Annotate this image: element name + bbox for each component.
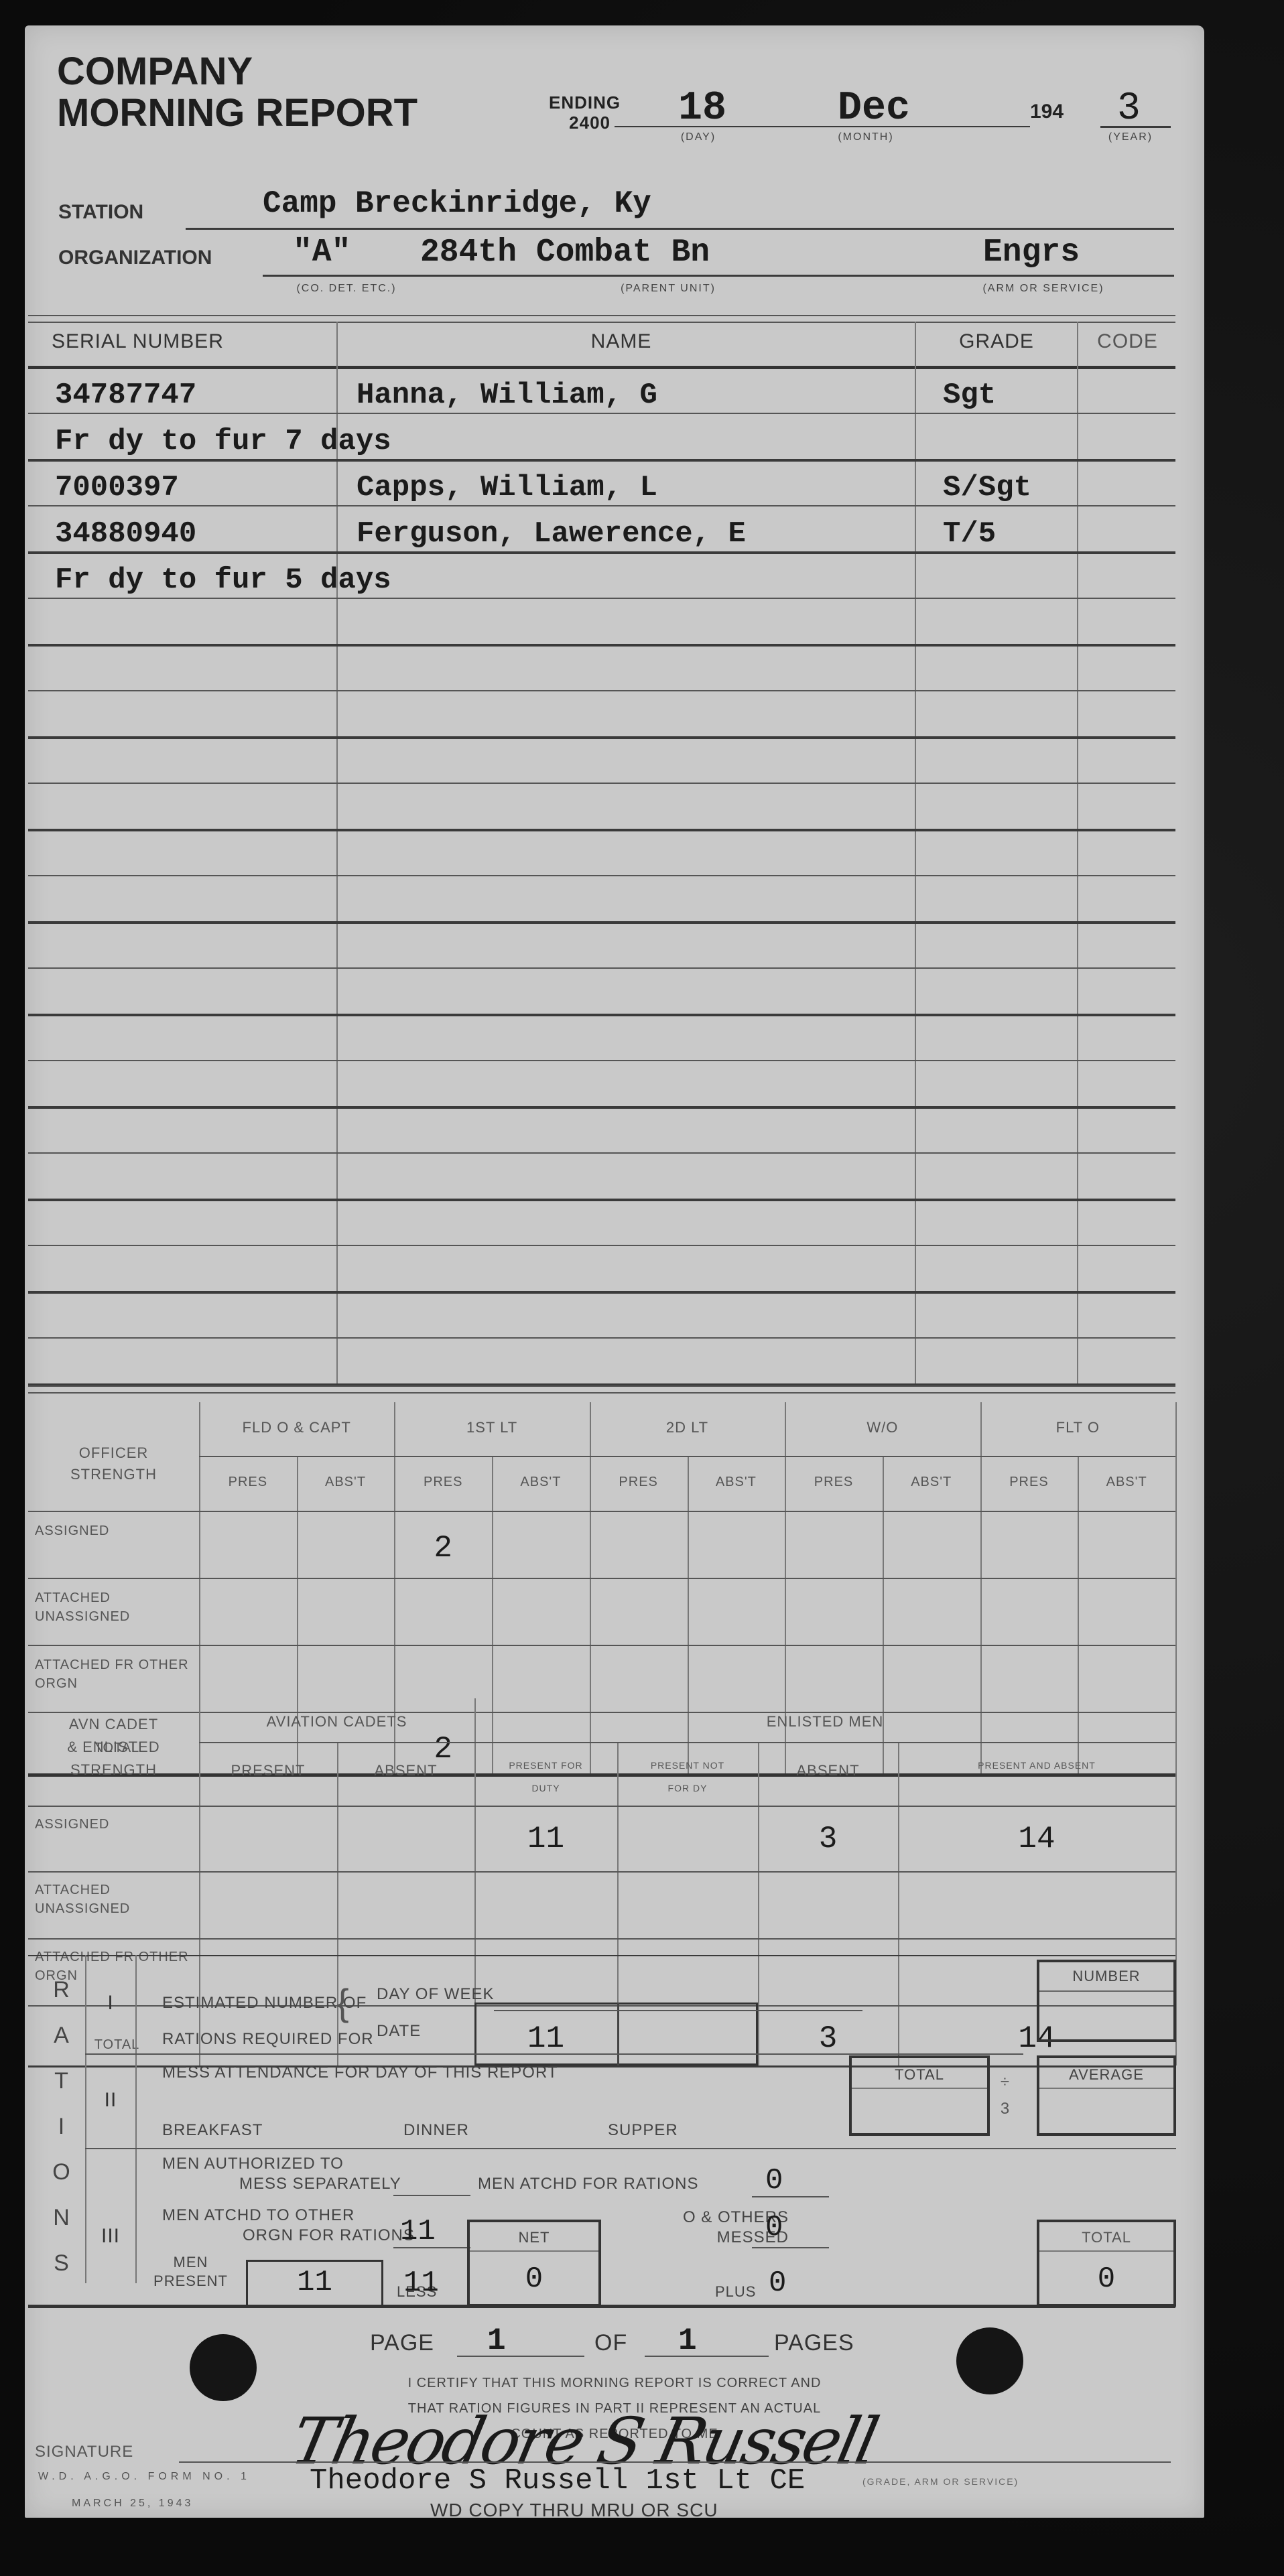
ending-time: 2400 xyxy=(549,113,611,133)
row-1-name: Hanna, William, G xyxy=(357,379,657,412)
pages-label: PAGES xyxy=(774,2330,854,2356)
officer-row-label: ASSIGNED xyxy=(35,1521,199,1540)
certify-line: I CERTIFY THAT THIS MORNING REPORT IS CO… xyxy=(320,2370,909,2396)
punch-hole-left xyxy=(190,2334,257,2401)
officer-group-header: W/O xyxy=(785,1419,980,1436)
enlisted-sub-header: PRESENT NOT FOR DY xyxy=(617,1754,758,1800)
form-title: COMPANY MORNING REPORT xyxy=(57,51,418,134)
enlisted-sub-header: ABSENT xyxy=(758,1762,898,1779)
roster-rule-line xyxy=(28,1060,1175,1061)
enlisted-sub-header: PRESENT FOR DUTY xyxy=(474,1754,617,1800)
roster-rule-line xyxy=(28,1291,1175,1294)
row-1-grade: Sgt xyxy=(943,379,996,412)
date-underline xyxy=(615,126,1030,127)
rations-letter: S xyxy=(45,2240,78,2286)
month-caption: (MONTH) xyxy=(809,131,923,143)
net-label: NET xyxy=(470,2222,598,2252)
enlisted-sub-header: ABSENT xyxy=(337,1762,474,1779)
grade-caption: (GRADE, ARM OR SERVICE) xyxy=(862,2476,1019,2487)
roster-rule-line xyxy=(28,967,1175,969)
men-atchd-for-rations-label: MEN ATCHD FOR RATIONS xyxy=(478,2175,698,2193)
o-others-messed-value: 0 xyxy=(765,2211,783,2244)
plus-value: 0 xyxy=(769,2266,786,2300)
morning-report-form: COMPANY MORNING REPORT ENDING 2400 18 (D… xyxy=(25,25,1204,2518)
roster-rule-line xyxy=(28,413,1175,414)
day-of-week-label: DAY OF WEEK xyxy=(377,1985,494,2004)
men-present-line: MEN xyxy=(139,2253,243,2272)
officer-group-header: FLD O & CAPT xyxy=(199,1419,394,1436)
roster-rule-line xyxy=(28,1337,1175,1339)
row-4-serial: 34880940 xyxy=(55,517,196,551)
row-3-serial: 7000397 xyxy=(55,471,179,504)
of-label: OF xyxy=(594,2330,627,2356)
enlisted-cell: 14 xyxy=(898,1822,1175,1856)
part-2-bottom-rule xyxy=(85,2148,1176,2149)
officer-strength-title: OFFICERSTRENGTH xyxy=(28,1442,199,1485)
col-header-name: NAME xyxy=(340,330,903,353)
roster-rule-line xyxy=(28,551,1175,554)
rations-side-label: R A T I O N S xyxy=(45,1967,78,2286)
enlisted-sub-header: PRESENT xyxy=(199,1762,337,1779)
number-box-label: NUMBER xyxy=(1039,1962,1173,1992)
men-atchd-other-line-2: ORGN FOR RATIONS xyxy=(243,2226,415,2245)
net-value: 0 xyxy=(470,2252,598,2296)
aviation-cadets-header: AVIATION CADETS xyxy=(199,1713,474,1731)
form-number: W.D. A.G.O. FORM NO. 1 xyxy=(38,2471,251,2483)
rations-number-box[interactable]: NUMBER xyxy=(1037,1960,1176,2042)
officer-row-label: ATTACHED FR OTHER ORGN xyxy=(35,1655,199,1693)
rations-total-box[interactable]: TOTAL 0 xyxy=(1037,2220,1176,2307)
officer-sub-header: PRES xyxy=(199,1475,297,1490)
roster-rule-line xyxy=(28,736,1175,739)
day-of-week-line xyxy=(494,2010,862,2011)
officer-group-header: 2D LT xyxy=(590,1419,785,1436)
men-present-label: MEN PRESENT xyxy=(139,2253,243,2291)
rations-part-3-numeral: III xyxy=(86,2225,135,2248)
pages-value: 1 xyxy=(678,2323,697,2358)
roster-rule-line xyxy=(28,1199,1175,1201)
rations-top-rule xyxy=(28,1955,1175,1956)
rations-letter: I xyxy=(45,2104,78,2149)
page-value: 1 xyxy=(487,2323,506,2358)
roster-top-rule-2 xyxy=(28,322,1175,323)
rations-letter: R xyxy=(45,1967,78,2013)
date-month-value: Dec xyxy=(838,86,910,131)
men-atchd-for-rations-value: 0 xyxy=(765,2164,783,2197)
roster-rule-line xyxy=(28,875,1175,876)
rations-bottom-rule xyxy=(28,2305,1175,2308)
part-1-label-line: RATIONS REQUIRED FOR xyxy=(162,2021,374,2057)
officer-sub-header: ABS'T xyxy=(688,1475,785,1490)
officer-sub-header: ABS'T xyxy=(492,1475,590,1490)
rations-letter: O xyxy=(45,2149,78,2195)
divide-by-three: ÷ 3 xyxy=(995,2069,1015,2122)
plus-label: PLUS xyxy=(715,2283,756,2301)
page-label: PAGE xyxy=(370,2330,434,2356)
enlisted-cell: 11 xyxy=(474,1822,617,1856)
enlisted-title-line: & ENLISTED xyxy=(28,1736,199,1759)
rations-part-2-numeral: II xyxy=(86,2089,135,2112)
row-3-grade: S/Sgt xyxy=(943,471,1031,504)
col-header-code: CODE xyxy=(1079,330,1176,353)
officer-title-line: STRENGTH xyxy=(28,1464,199,1485)
arm-caption: (ARM OR SERVICE) xyxy=(950,283,1137,295)
year-prefix: 194 xyxy=(1030,100,1064,123)
roster-rule-line xyxy=(28,1245,1175,1246)
part-1-bottom-rule xyxy=(85,2053,1023,2055)
mess-attendance-title: MESS ATTENDANCE FOR DAY OF THIS REPORT xyxy=(162,2063,558,2082)
men-atchd-other-value: 11 xyxy=(400,2215,436,2248)
divisor-value: 3 xyxy=(995,2096,1015,2122)
date-label: DATE xyxy=(377,2022,421,2041)
organization-parent-unit-value: 284th Combat Bn xyxy=(420,234,710,271)
mess-average-box[interactable]: AVERAGE xyxy=(1037,2055,1176,2136)
rations-numeral-divider xyxy=(135,1955,137,2283)
title-line-1: COMPANY xyxy=(57,51,418,92)
station-label: STATION xyxy=(58,201,143,224)
pages-line xyxy=(645,2356,769,2357)
men-present-line: PRESENT xyxy=(139,2272,243,2291)
enlisted-row-label: ATTACHED UNASSIGNED xyxy=(35,1881,199,1918)
title-line-2: MORNING REPORT xyxy=(57,92,418,134)
roster-bottom-rule xyxy=(28,1385,1175,1387)
enlisted-cell: 3 xyxy=(758,2021,898,2056)
row-4-name: Ferguson, Lawerence, E xyxy=(357,517,746,551)
enlisted-row-rule xyxy=(28,1871,1175,1873)
officer-sub-header: PRES xyxy=(590,1475,688,1490)
men-atchd-other-line-1: MEN ATCHD TO OTHER xyxy=(162,2206,355,2225)
rations-part-1-numeral: I xyxy=(86,1992,135,2015)
men-authorized-line-1: MEN AUTHORIZED TO xyxy=(162,2155,344,2173)
routing-note: WD COPY THRU MRU OR SCU xyxy=(430,2500,718,2521)
brace-icon: { xyxy=(336,1980,350,2024)
rations-letter: N xyxy=(45,2195,78,2240)
typed-signatory: Theodore S Russell 1st Lt CE xyxy=(310,2464,805,2498)
mess-separately-line xyxy=(393,2195,470,2196)
officer-sub-header: ABS'T xyxy=(1078,1475,1175,1490)
roster-rule-line xyxy=(28,505,1175,506)
officer-sub-header: PRES xyxy=(980,1475,1078,1490)
ending-word: ENDING xyxy=(549,92,611,113)
roster-rule-line xyxy=(28,829,1175,831)
roster-header-rule xyxy=(28,366,1175,369)
supper-label: SUPPER xyxy=(608,2121,678,2140)
page-line xyxy=(457,2356,584,2357)
organization-label: ORGANIZATION xyxy=(58,247,212,269)
enlisted-title-line: AVN CADET xyxy=(28,1713,199,1736)
enlisted-strength-title: AVN CADET& ENLISTEDSTRENGTH xyxy=(28,1713,199,1781)
date-day-value: 18 xyxy=(678,86,726,131)
roster-rule-line xyxy=(28,459,1175,462)
enlisted-men-header: ENLISTED MEN xyxy=(474,1713,1175,1731)
men-atchd-for-rations-line xyxy=(752,2196,829,2197)
rations-letter: A xyxy=(45,2013,78,2058)
enlisted-header-rule xyxy=(199,1742,1175,1743)
enlisted-sub-header: PRESENT AND ABSENT xyxy=(898,1754,1175,1777)
enlisted-col-divider xyxy=(898,1742,899,2065)
roster-rule-line xyxy=(28,783,1175,784)
form-date: MARCH 25, 1943 xyxy=(72,2498,193,2510)
divider-serial-name xyxy=(336,322,338,1387)
officer-sub-header: PRES xyxy=(785,1475,883,1490)
organization-underline xyxy=(263,275,1174,277)
breakfast-label: BREAKFAST xyxy=(162,2121,263,2140)
roster-top-rule xyxy=(28,315,1175,316)
rations-total-value: 0 xyxy=(1039,2252,1173,2296)
officer-row-label: ATTACHED UNASSIGNED xyxy=(35,1588,199,1626)
divider-name-grade xyxy=(915,322,916,1387)
roster-rule-line xyxy=(28,1106,1175,1109)
year-digit-value: 3 xyxy=(1117,87,1141,131)
o-others-line xyxy=(752,2247,829,2248)
enlisted-row-label: ASSIGNED xyxy=(35,1815,199,1834)
officer-sub-header: ABS'T xyxy=(883,1475,980,1490)
mess-average-label: AVERAGE xyxy=(1039,2058,1173,2089)
enlisted-row-rule xyxy=(28,1938,1175,1940)
officer-sub-header: ABS'T xyxy=(297,1475,395,1490)
officer-sub-header: PRES xyxy=(394,1475,492,1490)
men-present-value: 11 xyxy=(248,2262,381,2299)
enlisted-row-rule xyxy=(28,1806,1175,1807)
row-1-serial: 34787747 xyxy=(55,379,196,412)
men-atchd-other-line xyxy=(393,2247,470,2248)
organization-company-value: "A" xyxy=(293,234,350,271)
company-caption: (CO. DET. ETC.) xyxy=(273,283,420,295)
net-box[interactable]: NET 0 xyxy=(467,2220,601,2307)
punch-hole-right xyxy=(956,2327,1023,2394)
officer-group-header: 1ST LT xyxy=(394,1419,589,1436)
signature-line xyxy=(179,2461,1171,2463)
station-underline xyxy=(186,228,1174,230)
officer-row-rule xyxy=(28,1645,1175,1646)
officer-row-rule xyxy=(28,1511,1175,1512)
row-5-remark: Fr dy to fur 5 days xyxy=(55,563,391,597)
signature-label: SIGNATURE xyxy=(35,2443,133,2461)
roster-rule-line xyxy=(28,598,1175,599)
enlisted-total-box xyxy=(474,2003,758,2065)
roster-rule-line xyxy=(28,644,1175,647)
year-caption: (YEAR) xyxy=(1090,131,1171,143)
officer-row-rule xyxy=(28,1578,1175,1579)
enlisted-col-divider xyxy=(758,1742,759,2065)
roster-rule-line xyxy=(28,1152,1175,1154)
row-3-name: Capps, William, L xyxy=(357,471,657,504)
mess-total-box[interactable]: TOTAL xyxy=(849,2055,990,2136)
officer-title-line: OFFICER xyxy=(28,1442,199,1464)
dinner-label: DINNER xyxy=(403,2121,469,2140)
roster-bottom-rule-2 xyxy=(28,1392,1175,1394)
officer-cell: 2 xyxy=(394,1531,492,1566)
officer-header-rule xyxy=(199,1456,1175,1457)
rations-total-label: TOTAL xyxy=(1039,2222,1173,2252)
col-header-serial: SERIAL NUMBER xyxy=(52,330,253,353)
mess-total-label: TOTAL xyxy=(852,2058,987,2089)
ending-label: ENDING 2400 xyxy=(549,92,611,133)
divider-grade-code xyxy=(1077,322,1078,1387)
men-present-box[interactable]: 11 xyxy=(246,2260,383,2307)
enlisted-title-line: STRENGTH xyxy=(28,1759,199,1781)
divide-icon: ÷ xyxy=(995,2069,1015,2096)
enlisted-total-box-divider xyxy=(617,2003,619,2065)
row-4-grade: T/5 xyxy=(943,517,996,551)
officer-group-header: FLT O xyxy=(980,1419,1175,1436)
parent-unit-caption: (PARENT UNIT) xyxy=(588,283,749,295)
men-authorized-line-2: MESS SEPARATELY xyxy=(239,2175,401,2193)
less-value: 11 xyxy=(403,2266,439,2300)
roster-rule-line xyxy=(28,1014,1175,1016)
day-caption: (DAY) xyxy=(658,131,739,143)
row-2-remark: Fr dy to fur 7 days xyxy=(55,425,391,458)
enlisted-cell: 3 xyxy=(758,1822,898,1856)
col-header-grade: GRADE xyxy=(916,330,1077,353)
rations-letter: T xyxy=(45,2058,78,2104)
organization-arm-value: Engrs xyxy=(983,234,1080,271)
roster-rule-line xyxy=(28,921,1175,924)
station-value: Camp Breckinridge, Ky xyxy=(263,186,651,221)
roster-rule-line xyxy=(28,690,1175,691)
